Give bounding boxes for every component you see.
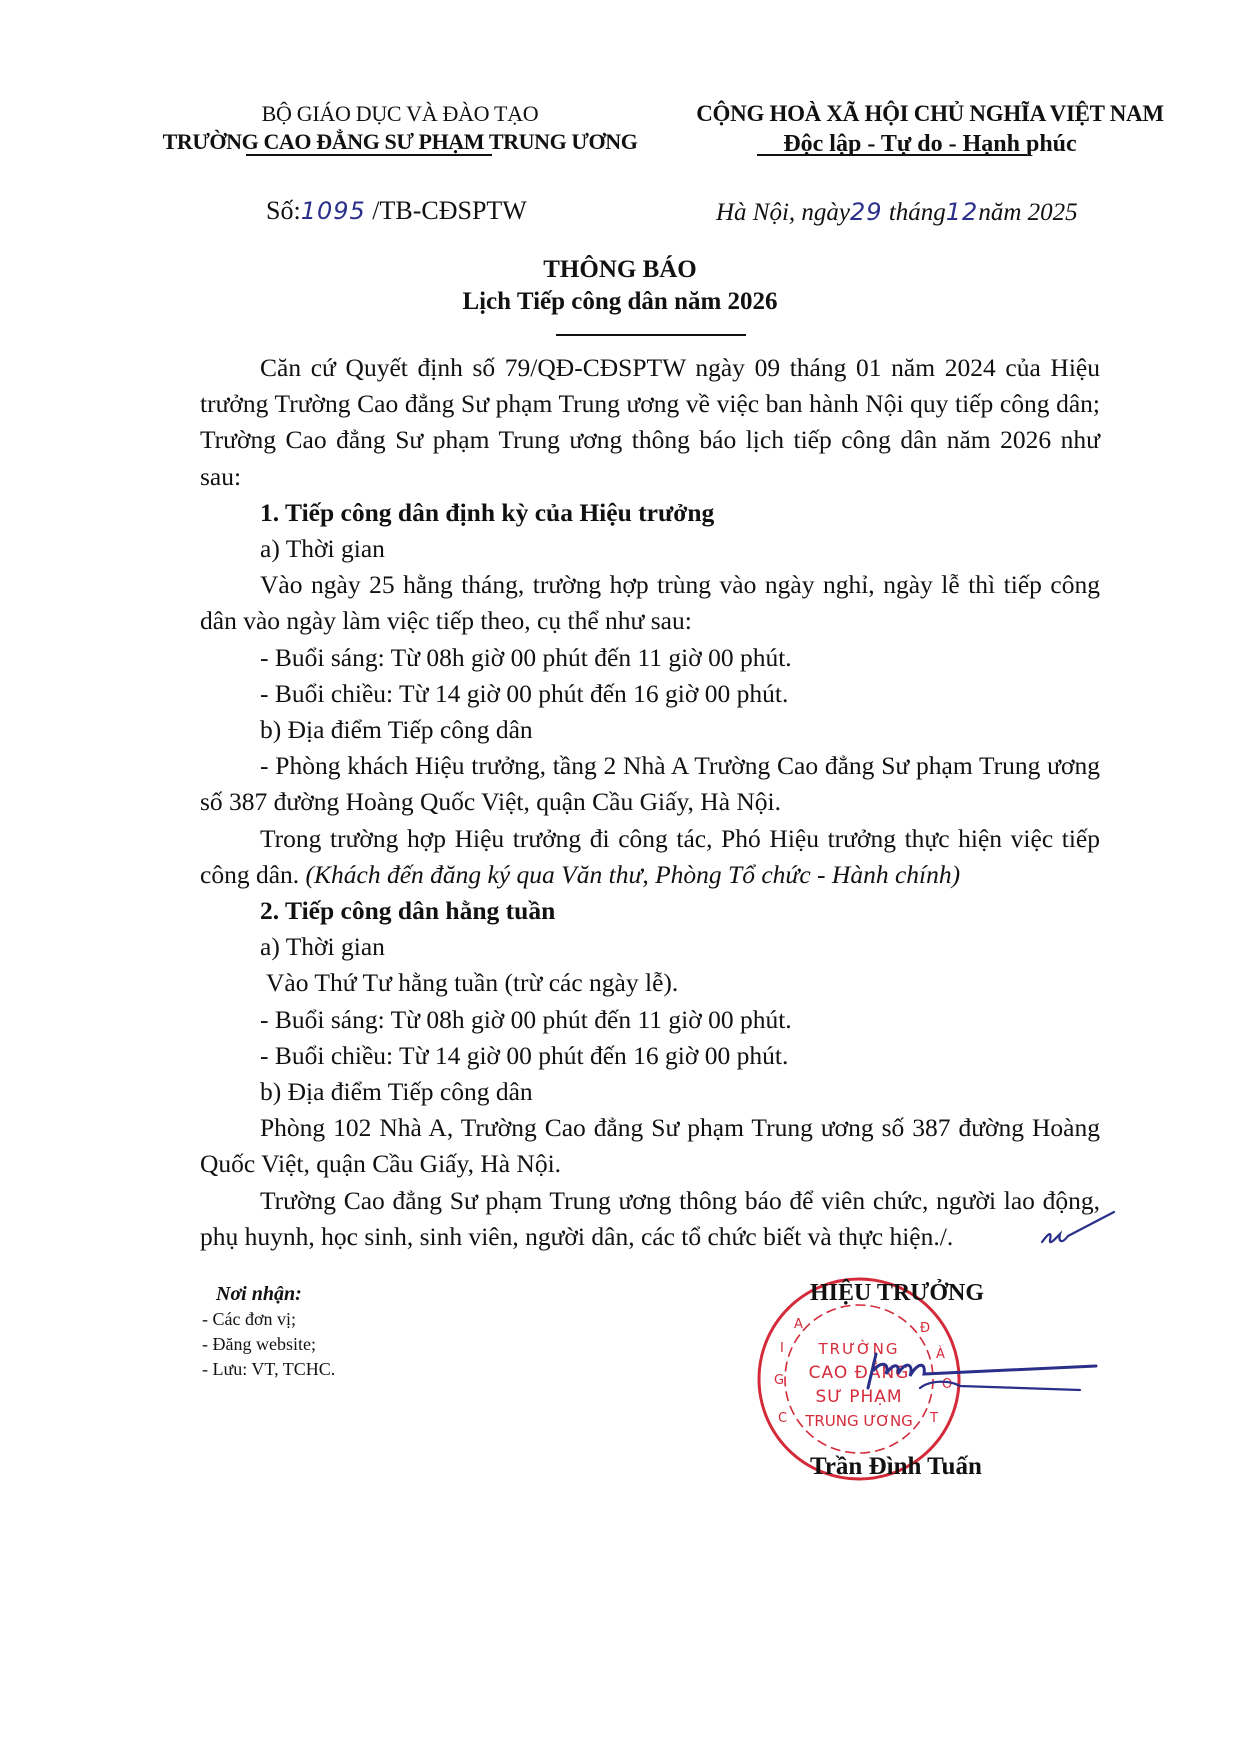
- section1-place-label: b) Địa điểm Tiếp công dân: [200, 712, 1100, 748]
- svg-text:A: A: [794, 1317, 803, 1332]
- date-year: năm 2025: [978, 199, 1077, 226]
- date-line: Hà Nội, ngày29 tháng12năm 2025: [716, 198, 1078, 227]
- initial-mark-icon: [1038, 1208, 1118, 1252]
- section2-heading: 2. Tiếp công dân hằng tuần: [200, 893, 1100, 929]
- section2-afternoon: - Buổi chiều: Từ 14 giờ 00 phút đến 16 g…: [200, 1038, 1100, 1074]
- section1-morning: - Buổi sáng: Từ 08h giờ 00 phút đến 11 g…: [200, 640, 1100, 676]
- section2-time-label: a) Thời gian: [200, 929, 1100, 965]
- section1-time-label: a) Thời gian: [200, 531, 1100, 567]
- date-day: 29: [850, 198, 883, 226]
- svg-text:T: T: [929, 1411, 938, 1426]
- signer-title: HIỆU TRƯỞNG: [810, 1280, 984, 1307]
- document-number: Số:1095 /TB-CĐSPTW: [266, 196, 527, 226]
- section1-note: Trong trường hợp Hiệu trưởng đi công tác…: [200, 821, 1100, 893]
- recipient-item: - Lưu: VT, TCHC.: [202, 1357, 335, 1382]
- section1-place-text: - Phòng khách Hiệu trưởng, tầng 2 Nhà A …: [200, 748, 1100, 820]
- closing-paragraph: Trường Cao đẳng Sư phạm Trung ương thông…: [200, 1183, 1100, 1255]
- section1-afternoon: - Buổi chiều: Từ 14 giờ 00 phút đến 16 g…: [200, 676, 1100, 712]
- document-body: Căn cứ Quyết định số 79/QĐ-CĐSPTW ngày 0…: [200, 350, 1100, 1255]
- section1-note-italic: (Khách đến đăng ký qua Văn thư, Phòng Tổ…: [306, 860, 961, 889]
- section2-place-label: b) Địa điểm Tiếp công dân: [200, 1074, 1100, 1110]
- section1-time-text: Vào ngày 25 hằng tháng, trường hợp trùng…: [200, 567, 1100, 639]
- title-underline: [556, 334, 746, 336]
- svg-text:C: C: [778, 1411, 787, 1426]
- agency-underline: [246, 154, 492, 156]
- doc-number-handwritten: 1095: [301, 197, 366, 225]
- country-name: CỘNG HOÀ XÃ HỘI CHỦ NGHĨA VIỆT NAM: [660, 100, 1200, 128]
- doc-number-prefix: Số:: [266, 196, 301, 225]
- signer-name: Trần Đình Tuấn: [810, 1453, 982, 1481]
- handwritten-signature-icon: [860, 1340, 1100, 1410]
- section2-place-text: Phòng 102 Nhà A, Trường Cao đẳng Sư phạm…: [200, 1110, 1100, 1182]
- motto-underline: [757, 154, 1027, 156]
- recipients-block: Nơi nhận: - Các đơn vị; - Đăng website; …: [202, 1282, 335, 1382]
- national-title-block: CỘNG HOÀ XÃ HỘI CHỦ NGHĨA VIỆT NAM Độc l…: [660, 100, 1200, 160]
- svg-text:Đ: Đ: [920, 1321, 930, 1336]
- date-place: Hà Nội, ngày: [716, 199, 850, 226]
- date-month: 12: [946, 198, 979, 226]
- school-name: TRƯỜNG CAO ĐẲNG SƯ PHẠM TRUNG ƯƠNG: [140, 128, 660, 156]
- svg-text:I: I: [780, 1341, 784, 1356]
- date-month-label: tháng: [883, 199, 946, 226]
- doc-number-suffix: /TB-CĐSPTW: [366, 196, 527, 225]
- recipients-label: Nơi nhận:: [202, 1282, 335, 1307]
- intro-paragraph: Căn cứ Quyết định số 79/QĐ-CĐSPTW ngày 0…: [200, 350, 1100, 495]
- section1-heading: 1. Tiếp công dân định kỳ của Hiệu trưởng: [200, 495, 1100, 531]
- document-subtitle: Lịch Tiếp công dân năm 2026: [0, 288, 1240, 316]
- section2-time-text: Vào Thứ Tư hằng tuần (trừ các ngày lễ).: [200, 965, 1100, 1001]
- recipient-item: - Đăng website;: [202, 1332, 335, 1357]
- issuing-agency-block: BỘ GIÁO DỤC VÀ ĐÀO TẠO TRƯỜNG CAO ĐẲNG S…: [140, 100, 660, 156]
- svg-text:G: G: [774, 1373, 784, 1388]
- seal-line-4: TRUNG ƯƠNG: [804, 1412, 913, 1430]
- recipient-item: - Các đơn vị;: [202, 1307, 335, 1332]
- ministry-name: BỘ GIÁO DỤC VÀ ĐÀO TẠO: [140, 100, 660, 128]
- document-title: THÔNG BÁO: [0, 256, 1240, 284]
- section2-morning: - Buổi sáng: Từ 08h giờ 00 phút đến 11 g…: [200, 1002, 1100, 1038]
